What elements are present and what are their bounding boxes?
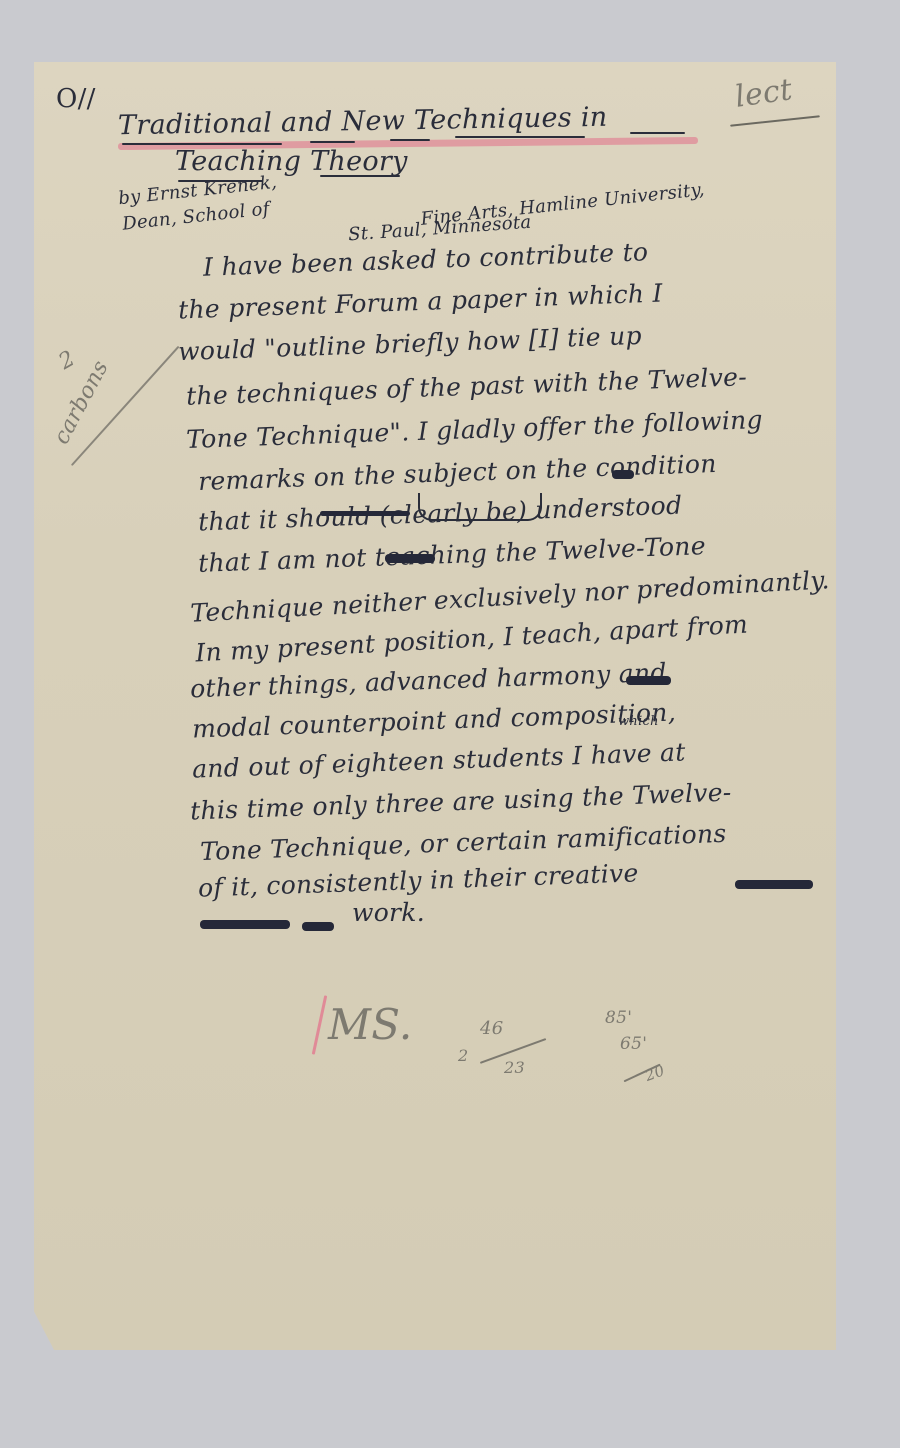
strikeout-line17-b: [302, 922, 334, 931]
insertion-which: which: [618, 714, 659, 729]
title-underline-2: [310, 141, 355, 143]
title-underline-1: [122, 143, 282, 145]
strikeout-line17-a: [200, 920, 290, 929]
calc1-left: 2: [458, 1046, 468, 1065]
strikeout-not: [385, 554, 435, 563]
title-underline-4: [455, 136, 585, 138]
strikeout-end-line16: [735, 880, 813, 889]
strikeout-the: [612, 470, 634, 479]
strikeout-should: [320, 511, 410, 516]
calc2-line1: 85': [605, 1008, 632, 1028]
strikeout-and: [626, 676, 671, 685]
calc1-top: 46: [480, 1018, 504, 1039]
insert-loop-clearly-be: [418, 493, 542, 521]
title-line-2: Teaching Theory: [175, 146, 408, 177]
ms-mark: MS.: [328, 1000, 413, 1049]
title-underline-5: [630, 132, 685, 134]
title-line2-underline-2: [320, 175, 400, 177]
title-underline-3: [390, 139, 430, 141]
calc1-bottom: 23: [504, 1058, 525, 1077]
body-line-17: work.: [352, 898, 425, 927]
corner-mark: O//: [56, 84, 96, 114]
calc2-line2: 65': [620, 1034, 647, 1054]
